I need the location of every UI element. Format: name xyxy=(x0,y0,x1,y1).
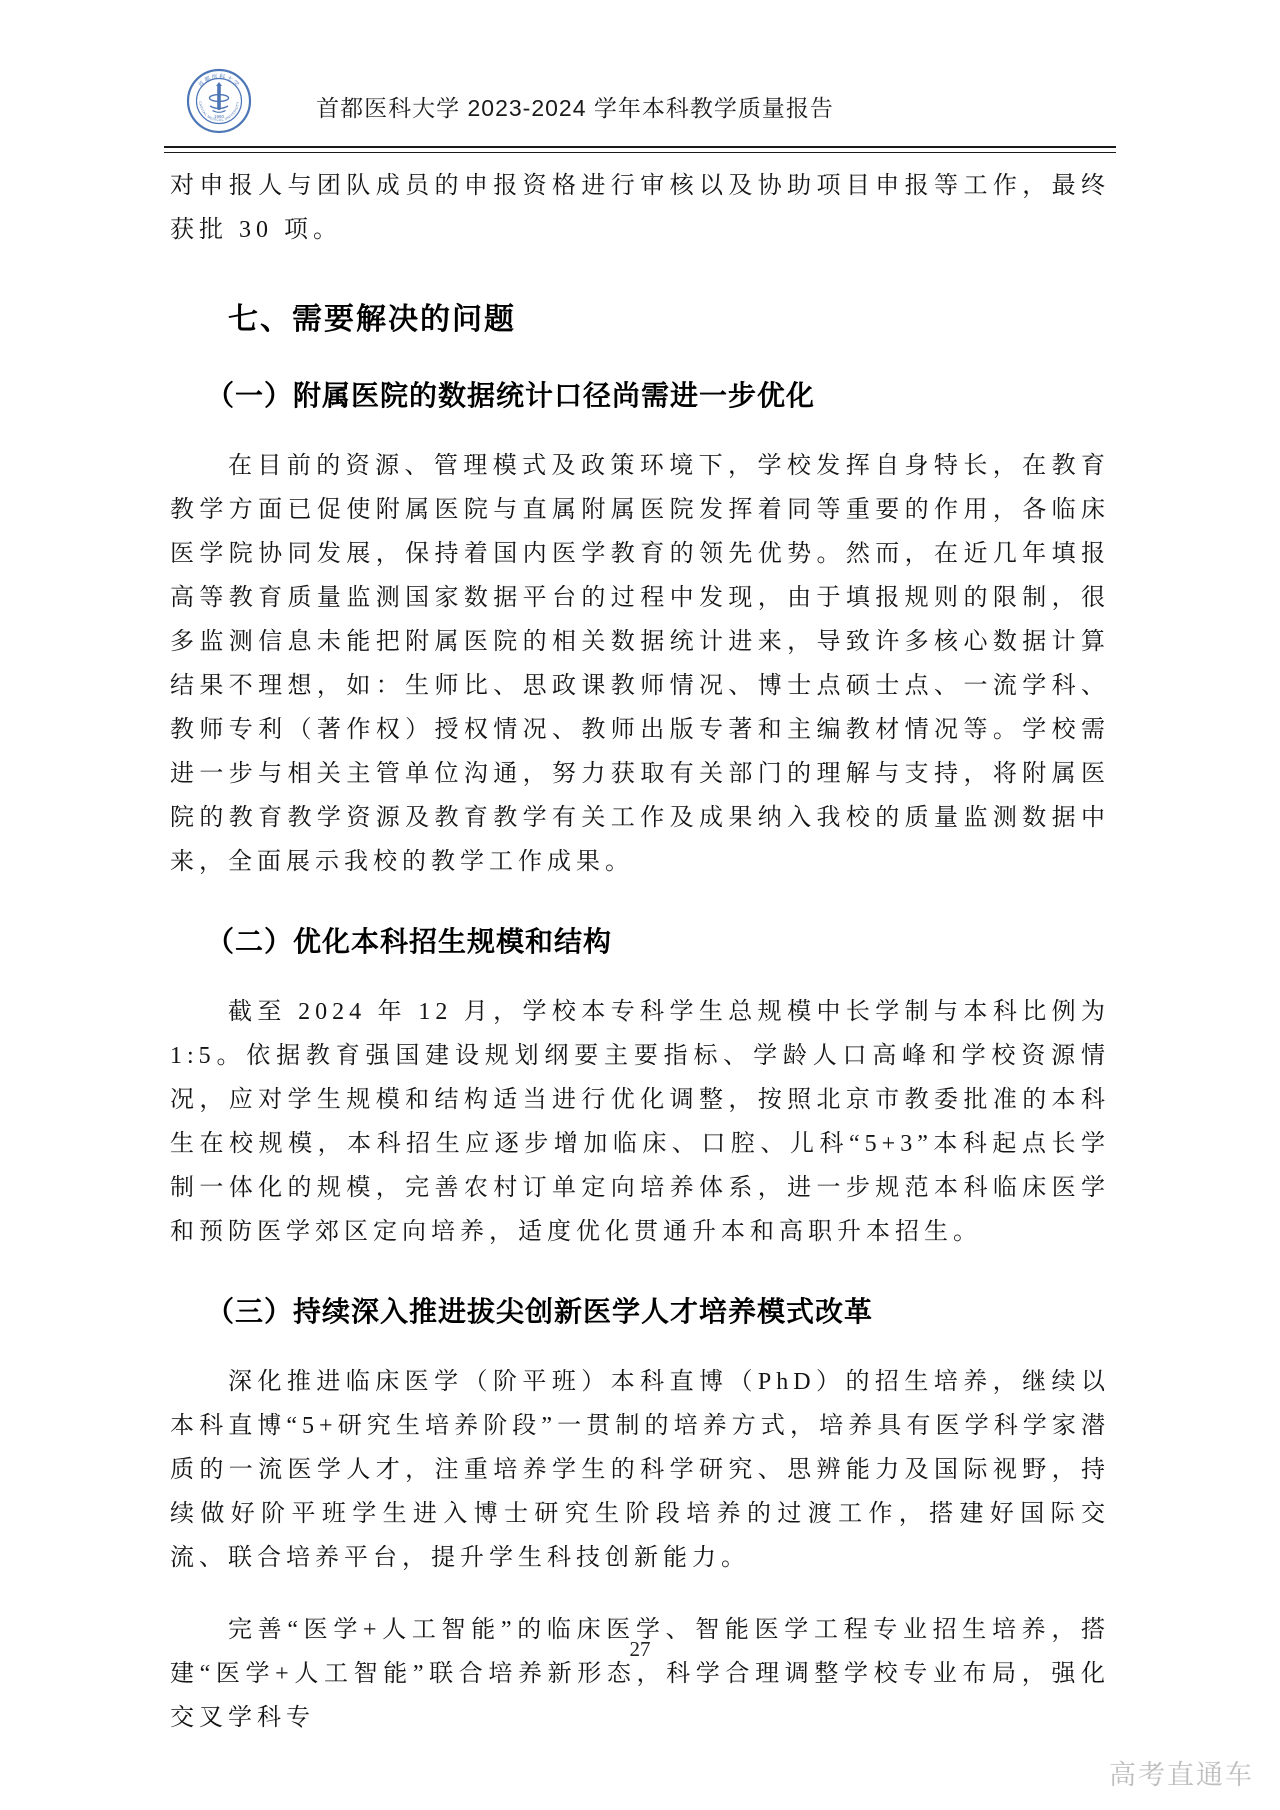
chapter-heading: 七、需要解决的问题 xyxy=(170,294,1110,338)
section-heading-2: （二）优化本科招生规模和结构 xyxy=(170,920,1110,960)
section-1-paragraph: 在目前的资源、管理模式及政策环境下，学校发挥自身特长，在教育教学方面已促使附属医… xyxy=(170,444,1110,884)
watermark-text: 高考直通车 xyxy=(1109,1753,1254,1792)
intro-paragraph: 对申报人与团队成员的申报资格进行审核以及协助项目申报等工作，最终获批 30 项。 xyxy=(170,164,1110,252)
section-3-paragraph-2: 完善“医学+人工智能”的临床医学、智能医学工程专业招生培养，搭建“医学+人工智能… xyxy=(170,1608,1110,1740)
page-number: 27 xyxy=(0,1637,1280,1662)
header-divider xyxy=(164,146,1116,153)
section-heading-3: （三）持续深入推进拔尖创新医学人才培养模式改革 xyxy=(170,1290,1110,1330)
report-title: 首都医科大学 2023-2024 学年本科教学质量报告 xyxy=(170,90,1110,123)
document-page: 首都医科大学 CAPITAL MEDICAL UNIVERSITY 1960 首… xyxy=(0,0,1280,1810)
section-3-paragraph-1: 深化推进临床医学（阶平班）本科直博（PhD）的招生培养，继续以本科直博“5+研究… xyxy=(170,1360,1110,1580)
document-body: 对申报人与团队成员的申报资格进行审核以及协助项目申报等工作，最终获批 30 项。… xyxy=(170,158,1110,1768)
section-2-paragraph: 截至 2024 年 12 月，学校本专科学生总规模中长学制与本科比例为 1:5。… xyxy=(170,990,1110,1254)
section-heading-1: （一）附属医院的数据统计口径尚需进一步优化 xyxy=(170,374,1110,414)
page-header: 首都医科大学 CAPITAL MEDICAL UNIVERSITY 1960 首… xyxy=(170,0,1110,153)
